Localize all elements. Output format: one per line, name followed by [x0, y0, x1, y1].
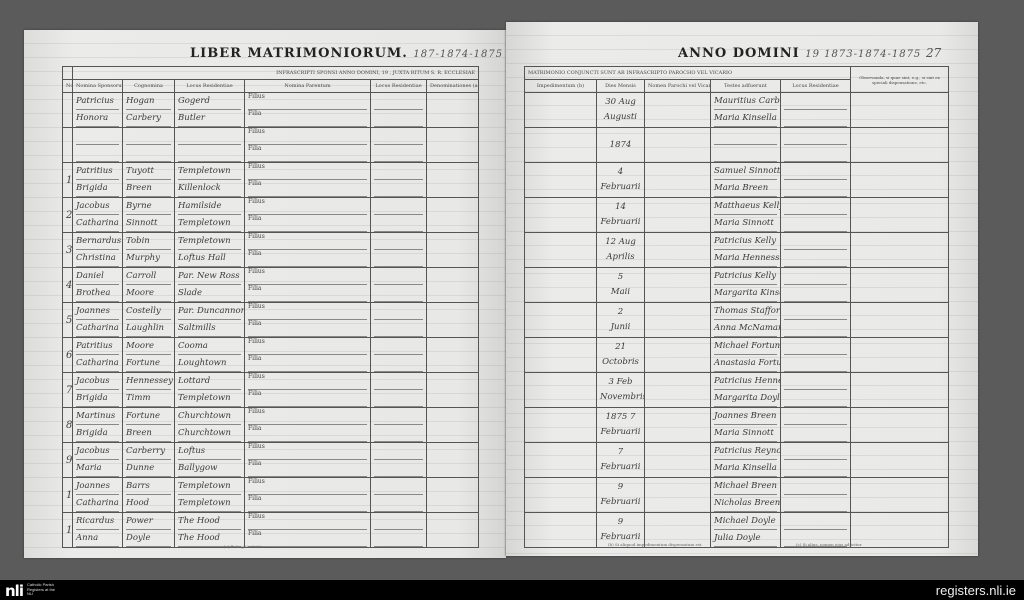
- register-entry: 1875 7FebruariiJoannes BreenMaria Sinnot…: [525, 408, 949, 443]
- observanda-note: Observanda, si quae sint, e.g., si sint …: [851, 67, 949, 93]
- register-book: LIBER MATRIMONIORUM. 187-1874-1875 INFRA…: [22, 22, 980, 560]
- witness-residence-cell: [781, 233, 851, 268]
- impediment-cell: [525, 408, 597, 443]
- left-subheader: INFRASCRIPTI SPONSI ANNO DOMINI, 19 , JU…: [73, 67, 479, 80]
- residence-cell: TempletownTempletown: [175, 478, 245, 513]
- witnesses-cell: Mauritius CarberryMaria Kinsella: [711, 93, 781, 128]
- entry-number: 3: [63, 233, 73, 268]
- parents-cell: FiliusFilia: [245, 513, 371, 548]
- register-entry: 9JacobusMariaCarberryDunneLoftusBallygow…: [63, 443, 479, 478]
- given-cell: JacobusBrigida: [73, 373, 123, 408]
- register-entry: 8MartinusBrigidaFortuneBreenChurchtownCh…: [63, 408, 479, 443]
- parent-residence-cell: [371, 268, 427, 303]
- entry-number: 8: [63, 408, 73, 443]
- surname-cell: CarrollMoore: [123, 268, 175, 303]
- entry-number: 10: [63, 478, 73, 513]
- parent-residence-cell: [371, 163, 427, 198]
- witness-residence-cell: [781, 478, 851, 513]
- denomination-cell: [427, 93, 479, 128]
- witness-residence-cell: [781, 443, 851, 478]
- right-page-title: ANNO DOMINI 19 1873-1874-1875: [678, 46, 921, 61]
- observanda-cell: [851, 373, 949, 408]
- denomination-cell: [427, 233, 479, 268]
- register-entry: 4DanielBrotheaCarrollMoorePar. New RossS…: [63, 268, 479, 303]
- residence-cell: TempletownKillenlock: [175, 163, 245, 198]
- date-cell: 5Maii: [597, 268, 645, 303]
- parents-cell: FiliusFilia: [245, 373, 371, 408]
- register-entry: 1PatritiusBrigidaTuyottBreenTempletownKi…: [63, 163, 479, 198]
- residence-cell: The HoodThe Hood: [175, 513, 245, 548]
- surname-cell: FortuneBreen: [123, 408, 175, 443]
- date-cell: 30 AugAugusti: [597, 93, 645, 128]
- witnesses-cell: Joannes BreenMaria Sinnott: [711, 408, 781, 443]
- column-header: Nomina Parentum: [245, 80, 371, 93]
- priest-cell: [645, 198, 711, 233]
- column-header: Locus Residentiae: [175, 80, 245, 93]
- observanda-cell: [851, 93, 949, 128]
- observanda-cell: [851, 268, 949, 303]
- observanda-cell: [851, 443, 949, 478]
- surname-cell: PowerDoyle: [123, 513, 175, 548]
- surname-cell: BarrsHood: [123, 478, 175, 513]
- register-entry: 4FebruariiSamuel SinnottMaria Breen: [525, 163, 949, 198]
- right-footnote-b: (b) Si aliquod impedimentum dispensatum …: [608, 542, 702, 547]
- site-link[interactable]: registers.nli.ie: [936, 583, 1016, 598]
- given-cell: MartinusBrigida: [73, 408, 123, 443]
- parent-residence-cell: [371, 338, 427, 373]
- parents-cell: FiliusFilia: [245, 128, 371, 163]
- observanda-cell: [851, 198, 949, 233]
- register-entry: FiliusFilia: [63, 128, 479, 163]
- parent-residence-cell: [371, 233, 427, 268]
- witness-residence-cell: [781, 268, 851, 303]
- witnesses-cell: Thomas StaffordAnna McNamara: [711, 303, 781, 338]
- entry-number: [63, 128, 73, 163]
- page-number: 27: [926, 46, 941, 60]
- observanda-cell: [851, 513, 949, 548]
- witness-residence-cell: [781, 373, 851, 408]
- entry-number: 2: [63, 198, 73, 233]
- surname-cell: MooreFortune: [123, 338, 175, 373]
- impediment-cell: [525, 303, 597, 338]
- date-cell: 9Februarii: [597, 478, 645, 513]
- column-header: Testes adfuerunt: [711, 80, 781, 93]
- parent-residence-cell: [371, 303, 427, 338]
- marriage-register-table: INFRASCRIPTI SPONSI ANNO DOMINI, 19 , JU…: [62, 66, 479, 548]
- parent-residence-cell: [371, 93, 427, 128]
- observanda-cell: [851, 233, 949, 268]
- priest-cell: [645, 128, 711, 163]
- denomination-cell: [427, 408, 479, 443]
- denomination-cell: [427, 443, 479, 478]
- given-cell: JacobusCatharina: [73, 198, 123, 233]
- impediment-cell: [525, 128, 597, 163]
- register-entry: 11RicardusAnnaPowerDoyleThe HoodThe Hood…: [63, 513, 479, 548]
- title-years: 187-1874-1875: [413, 49, 503, 60]
- date-cell: 7Februarii: [597, 443, 645, 478]
- witnesses-cell: Patricius KellyMargarita Kinsella: [711, 268, 781, 303]
- witnesses-cell: Michael FortuneAnastasia Fortune: [711, 338, 781, 373]
- priest-cell: [645, 408, 711, 443]
- right-page: ANNO DOMINI 19 1873-1874-1875 27 MATRIMO…: [506, 22, 978, 556]
- impediment-cell: [525, 163, 597, 198]
- observanda-cell: [851, 163, 949, 198]
- column-header: Locus Residentiae: [371, 80, 427, 93]
- right-footnote-c: (c) Si alius, nomen ejus adjicitur: [796, 542, 862, 547]
- denomination-cell: [427, 303, 479, 338]
- register-entry: 30 AugAugustiMauritius CarberryMaria Kin…: [525, 93, 949, 128]
- branding-bar: nli Catholic Parish Registers at the NLI…: [0, 580, 1024, 600]
- parent-residence-cell: [371, 513, 427, 548]
- residence-cell: Par. New RossSlade: [175, 268, 245, 303]
- residence-cell: CoomaLoughtown: [175, 338, 245, 373]
- entry-number: 11: [63, 513, 73, 548]
- column-header: Dies Mensis: [597, 80, 645, 93]
- parents-cell: FiliusFilia: [245, 233, 371, 268]
- observanda-cell: [851, 128, 949, 163]
- impediment-cell: [525, 93, 597, 128]
- witness-residence-cell: [781, 198, 851, 233]
- date-cell: 21Octobris: [597, 338, 645, 373]
- register-entry: 3 FebNovembrisPatricius HennesseyMargari…: [525, 373, 949, 408]
- register-entry: PatriciusHonoraHoganCarberyGogerdButlerF…: [63, 93, 479, 128]
- date-cell: 12 AugAprilis: [597, 233, 645, 268]
- priest-cell: [645, 443, 711, 478]
- entry-number: 9: [63, 443, 73, 478]
- right-subheader: MATRIMONIO CONJUNCTI SUNT AB INFRASCRIPT…: [525, 67, 851, 80]
- entry-number: [63, 93, 73, 128]
- entry-number: 6: [63, 338, 73, 373]
- register-entry: 12 AugAprilisPatricius KellyMaria Hennes…: [525, 233, 949, 268]
- denomination-cell: [427, 128, 479, 163]
- denomination-cell: [427, 163, 479, 198]
- surname-cell: ByrneSinnott: [123, 198, 175, 233]
- logo-text: Catholic Parish Registers at the NLI: [27, 583, 57, 597]
- witnesses-cell: Michael BreenNicholas Breen: [711, 478, 781, 513]
- residence-cell: TempletownLoftus Hall: [175, 233, 245, 268]
- observanda-cell: [851, 338, 949, 373]
- denomination-cell: [427, 478, 479, 513]
- register-entry: 7FebruariiPatricius ReynoldsMaria Kinsel…: [525, 443, 949, 478]
- observanda-cell: [851, 478, 949, 513]
- impediment-cell: [525, 338, 597, 373]
- priest-cell: [645, 338, 711, 373]
- register-entry: 3BernardusChristinaTobinMurphyTempletown…: [63, 233, 479, 268]
- residence-cell: HamilsideTempletown: [175, 198, 245, 233]
- date-cell: 2Junii: [597, 303, 645, 338]
- surname-cell: HoganCarbery: [123, 93, 175, 128]
- witness-residence-cell: [781, 163, 851, 198]
- parents-cell: FiliusFilia: [245, 338, 371, 373]
- witnesses-cell: Patricius ReynoldsMaria Kinsella: [711, 443, 781, 478]
- parent-residence-cell: [371, 443, 427, 478]
- residence-cell: LoftusBallygow: [175, 443, 245, 478]
- parents-cell: FiliusFilia: [245, 408, 371, 443]
- priest-cell: [645, 303, 711, 338]
- witnesses-cell: Samuel SinnottMaria Breen: [711, 163, 781, 198]
- left-page: LIBER MATRIMONIORUM. 187-1874-1875 INFRA…: [24, 30, 506, 558]
- marriage-witness-table: MATRIMONIO CONJUNCTI SUNT AB INFRASCRIPT…: [524, 66, 949, 548]
- observanda-cell: [851, 303, 949, 338]
- witnesses-cell: Patricius KellyMaria Hennessey: [711, 233, 781, 268]
- column-header: Cognomina: [123, 80, 175, 93]
- parent-residence-cell: [371, 198, 427, 233]
- register-entry: 2JuniiThomas StaffordAnna McNamara: [525, 303, 949, 338]
- column-header: Denominationes (a): [427, 80, 479, 93]
- given-cell: PatritiusCatharina: [73, 338, 123, 373]
- given-cell: JacobusMaria: [73, 443, 123, 478]
- parent-residence-cell: [371, 128, 427, 163]
- left-page-title: LIBER MATRIMONIORUM. 187-1874-1875: [190, 46, 503, 61]
- date-cell: 4Februarii: [597, 163, 645, 198]
- register-entry: 14FebruariiMatthaeus KellyMaria Sinnott: [525, 198, 949, 233]
- impediment-cell: [525, 268, 597, 303]
- nli-logo: nli: [5, 582, 23, 600]
- column-header: Locus Residentiae: [781, 80, 851, 93]
- given-cell: BernardusChristina: [73, 233, 123, 268]
- residence-cell: LottardTempletown: [175, 373, 245, 408]
- witness-residence-cell: [781, 93, 851, 128]
- date-cell: 1874: [597, 128, 645, 163]
- priest-cell: [645, 373, 711, 408]
- witness-residence-cell: [781, 408, 851, 443]
- surname-cell: CostellyLaughlin: [123, 303, 175, 338]
- residence-cell: GogerdButler: [175, 93, 245, 128]
- surname-cell: TobinMurphy: [123, 233, 175, 268]
- register-entry: 1874: [525, 128, 949, 163]
- given-cell: DanielBrothea: [73, 268, 123, 303]
- given-cell: PatriciusHonora: [73, 93, 123, 128]
- impediment-cell: [525, 233, 597, 268]
- surname-cell: HennesseyTimm: [123, 373, 175, 408]
- surname-cell: [123, 128, 175, 163]
- parents-cell: FiliusFilia: [245, 198, 371, 233]
- impediment-cell: [525, 513, 597, 548]
- date-cell: 3 FebNovembris: [597, 373, 645, 408]
- entry-number: 7: [63, 373, 73, 408]
- column-header: No.: [63, 80, 73, 93]
- parents-cell: FiliusFilia: [245, 443, 371, 478]
- impediment-cell: [525, 443, 597, 478]
- given-cell: RicardusAnna: [73, 513, 123, 548]
- register-entry: 6PatritiusCatharinaMooreFortuneCoomaLoug…: [63, 338, 479, 373]
- title-years: 19 1873-1874-1875: [805, 49, 921, 60]
- priest-cell: [645, 93, 711, 128]
- witness-residence-cell: [781, 303, 851, 338]
- column-header: Nomina Sponsorum: [73, 80, 123, 93]
- parent-residence-cell: [371, 478, 427, 513]
- witnesses-cell: Michael DoyleJulia Doyle: [711, 513, 781, 548]
- witnesses-cell: Patricius HennesseyMargarita Doyle: [711, 373, 781, 408]
- residence-cell: Par. DuncannonSaltmills: [175, 303, 245, 338]
- residence-cell: ChurchtownChurchtown: [175, 408, 245, 443]
- given-cell: JoannesCatharina: [73, 478, 123, 513]
- priest-cell: [645, 268, 711, 303]
- parents-cell: FiliusFilia: [245, 268, 371, 303]
- given-cell: JoannesCatharina: [73, 303, 123, 338]
- denomination-cell: [427, 268, 479, 303]
- priest-cell: [645, 163, 711, 198]
- date-cell: 1875 7Februarii: [597, 408, 645, 443]
- denomination-cell: [427, 513, 479, 548]
- register-entry: 21OctobrisMichael FortuneAnastasia Fortu…: [525, 338, 949, 373]
- impediment-cell: [525, 373, 597, 408]
- witnesses-cell: Matthaeus KellyMaria Sinnott: [711, 198, 781, 233]
- surname-cell: CarberryDunne: [123, 443, 175, 478]
- register-entry: 9FebruariiMichael BreenNicholas Breen: [525, 478, 949, 513]
- entry-number: 1: [63, 163, 73, 198]
- column-header: Impedimentum (b): [525, 80, 597, 93]
- parent-residence-cell: [371, 408, 427, 443]
- date-cell: 14Februarii: [597, 198, 645, 233]
- given-cell: [73, 128, 123, 163]
- impediment-cell: [525, 478, 597, 513]
- entry-number: 5: [63, 303, 73, 338]
- surname-cell: TuyottBreen: [123, 163, 175, 198]
- denomination-cell: [427, 338, 479, 373]
- parent-residence-cell: [371, 373, 427, 408]
- column-header: Nomen Parochi vel Vicarii (c): [645, 80, 711, 93]
- register-entry: 10JoannesCatharinaBarrsHoodTempletownTem…: [63, 478, 479, 513]
- register-entry: 2JacobusCatharinaByrneSinnottHamilsideTe…: [63, 198, 479, 233]
- given-cell: PatritiusBrigida: [73, 163, 123, 198]
- parents-cell: FiliusFilia: [245, 478, 371, 513]
- left-footnote: (a) B. Legitimitatis: [224, 544, 262, 549]
- parents-cell: FiliusFilia: [245, 163, 371, 198]
- denomination-cell: [427, 373, 479, 408]
- witnesses-cell: [711, 128, 781, 163]
- entry-number: 4: [63, 268, 73, 303]
- register-entry: 5MaiiPatricius KellyMargarita Kinsella: [525, 268, 949, 303]
- denomination-cell: [427, 198, 479, 233]
- witness-residence-cell: [781, 338, 851, 373]
- parents-cell: FiliusFilia: [245, 93, 371, 128]
- impediment-cell: [525, 198, 597, 233]
- witness-residence-cell: [781, 128, 851, 163]
- parents-cell: FiliusFilia: [245, 303, 371, 338]
- register-entry: 7JacobusBrigidaHennesseyTimmLottardTempl…: [63, 373, 479, 408]
- register-entry: 9FebruariiMichael DoyleJulia Doyle: [525, 513, 949, 548]
- observanda-cell: [851, 408, 949, 443]
- priest-cell: [645, 233, 711, 268]
- register-entry: 5JoannesCatharinaCostellyLaughlinPar. Du…: [63, 303, 479, 338]
- priest-cell: [645, 478, 711, 513]
- residence-cell: [175, 128, 245, 163]
